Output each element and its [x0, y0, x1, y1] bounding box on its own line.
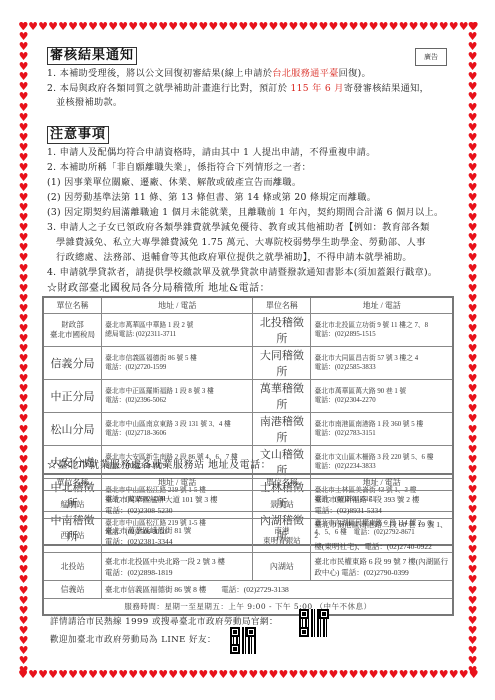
- heart-icon: ♥: [138, 670, 148, 681]
- heart-icon: ♥: [98, 670, 108, 681]
- unit-name: 中正分局: [43, 380, 102, 413]
- unit-address: 臺北市南港區南港路 1 段 360 號 5 樓電話：(02)2783-3151: [311, 413, 453, 446]
- heart-icon: ♥: [128, 670, 138, 681]
- heart-icon: ♥: [158, 670, 168, 681]
- address-text: 臺北市文山區木柵路 3 段 220 號 5、6 樓: [314, 453, 449, 462]
- heart-icon: ♥: [429, 22, 439, 33]
- service-platform-link[interactable]: 台北服務通平臺: [272, 68, 338, 79]
- address-text: 臺北市民權東路 6 段 99 號 7 樓(內湖區行: [314, 556, 449, 567]
- col-header-address: 地址 / 電話: [311, 297, 453, 314]
- heart-icon: ♥: [298, 22, 308, 33]
- col-header-address: 地址 / 電話: [102, 297, 253, 314]
- unit-address: 臺北市萬華區峨眉街 81 號電話：(02)2381-3344: [102, 519, 253, 553]
- address-text: 臺北市羅斯福路 6 段 393 號 2 樓: [314, 494, 449, 505]
- heart-icon: ♥: [228, 22, 238, 33]
- note-line: 學雜費減免、私立大專學雜費減免 1.75 萬元、大專院校弱勢學生助學金、勞動部、…: [56, 237, 426, 249]
- address-text: 臺北市萬華區艋舺大道 101 號 3 樓: [105, 494, 249, 505]
- address-text: 臺北市萬華區中華路 1 段 2 號: [105, 321, 249, 330]
- service-hours: 服務時間：星期一至星期五：上午 9:00 - 下午 5:00 （中午不休息）: [43, 599, 453, 616]
- heart-icon: ♥: [449, 22, 459, 33]
- heart-icon: ♥: [328, 22, 338, 33]
- heart-icon: ♥: [419, 22, 429, 33]
- phone-text: 電話：(02)2783-3151: [314, 429, 449, 438]
- review-item-2-continuation: 並核撥補助款。: [56, 97, 122, 109]
- unit-address: 臺北市萬華區艋舺大道 101 號 3 樓電話：(02)2308-5230: [102, 491, 253, 519]
- table-row: 信義站 臺北市信義區福德街 86 號 8 樓 電話：(02)2729-3138: [43, 581, 453, 599]
- unit-name: 大同稽徵所: [253, 347, 311, 380]
- notes-section-title: 注意事項: [47, 126, 109, 144]
- phone-text: 樓(東明社宅)、電話：(02)2740-0922: [314, 541, 449, 552]
- unit-address: 臺北市信義區福德街 86 號 5 樓電話：(02)2720-1599: [102, 347, 253, 380]
- heart-icon: ♥: [379, 670, 389, 681]
- heart-icon: ♥: [389, 22, 399, 33]
- heart-icon: ♥: [369, 670, 379, 681]
- note-line: 4. 申請就學貸款者，請提供學校繳款單及就學貸款申請暨撥款通知書影本(須加蓋銀行…: [47, 267, 437, 279]
- heart-icon: ♥: [298, 670, 308, 681]
- unit-name: 內湖站: [253, 553, 311, 581]
- table-row: 西門站臺北市萬華區峨眉街 81 號電話：(02)2381-3344南港東明青銀站…: [43, 519, 453, 553]
- col-header-address: 地址 / 電話: [102, 474, 253, 491]
- unit-name: 萬華稽徵所: [253, 380, 311, 413]
- heart-border-right: ♥♥♥♥♥♥♥♥♥♥♥♥♥♥♥♥♥♥♥♥♥♥♥♥♥♥♥♥♥♥♥♥♥♥♥♥♥♥♥♥…: [467, 22, 478, 676]
- heart-icon: ♥: [218, 670, 228, 681]
- line-friend-text: 歡迎加臺北市政府勞動局為 LINE 好友：: [50, 633, 216, 645]
- note-line: (1) 因事業單位關廠、遷廠、休業、解散或破產宣告而離職。: [47, 177, 301, 189]
- heart-icon: ♥: [449, 670, 459, 681]
- phone-text: 電話：(02)2718-3606: [105, 429, 249, 438]
- heart-icon: ♥: [248, 22, 258, 33]
- col-header-unit: 單位名稱: [253, 297, 311, 314]
- heart-icon: ♥: [218, 22, 228, 33]
- heart-icon: ♥: [429, 670, 439, 681]
- review-item-1-text: 1. 本補助受理後，將以公文回復初審結果(線上申請於: [47, 68, 272, 79]
- note-line: 行政總處、法務部、退輔會等其他政府單位提供之就學補助】，不得申請本就學補助。: [56, 252, 412, 264]
- unit-address: 臺北市大同區昌吉街 57 號 3 樓之 4電話：(02)2585-3833: [311, 347, 453, 380]
- heart-icon: ♥: [48, 22, 58, 33]
- website-qr-code-icon[interactable]: [299, 609, 329, 637]
- address-text: 臺北市大同區昌吉街 57 號 3 樓之 4: [314, 354, 449, 363]
- review-item-2-suffix: 寄發審核結果通知，: [344, 83, 429, 94]
- unit-address: 臺北市羅斯福路 6 段 393 號 2 樓電話：(02)8931-5334: [311, 491, 453, 519]
- unit-address: 臺北市信義區福德街 86 號 8 樓 電話：(02)2729-3138: [102, 581, 454, 599]
- unit-name: 北投站: [43, 553, 102, 581]
- note-line: 2. 本補助所稱「非自願離職失業」，係指符合下列情形之一者：: [47, 162, 311, 174]
- unit-name: 信義分局: [43, 347, 102, 380]
- heart-icon: ♥: [268, 22, 278, 33]
- table-row: 北投站臺北市北投區中央北路一段 2 號 3 樓電話：(02)2898-1819內…: [43, 553, 453, 581]
- heart-icon: ♥: [468, 666, 478, 676]
- phone-text: 電話：(02)2381-3344: [105, 536, 249, 547]
- unit-name: 松山分局: [43, 413, 102, 446]
- heart-icon: ♥: [88, 670, 98, 681]
- note-line: (2) 因勞動基準法第 11 條、第 13 條但書、第 14 條或第 20 條規…: [47, 192, 376, 204]
- heart-icon: ♥: [98, 22, 108, 33]
- heart-icon: ♥: [399, 670, 409, 681]
- heart-icon: ♥: [178, 22, 188, 33]
- tax-table-caption: ☆財政部臺北國稅局各分局稽徵所 地址&電話：: [47, 282, 270, 295]
- heart-icon: ♥: [288, 670, 298, 681]
- heart-border-left: ♥♥♥♥♥♥♥♥♥♥♥♥♥♥♥♥♥♥♥♥♥♥♥♥♥♥♥♥♥♥♥♥♥♥♥♥♥♥♥♥…: [18, 22, 29, 676]
- review-item-2: 2. 本局與政府各類同質之就學補助計畫進行比對，預訂於 115 年 6 月寄發審…: [47, 83, 429, 95]
- table-header-row: 單位名稱 地址 / 電話 單位名稱 地址 / 電話: [43, 297, 453, 314]
- phone-text: 電話：(02)2308-5230: [105, 505, 249, 516]
- table-row: 松山分局臺北市中山區南京東路 3 段 131 號 3、4 樓電話：(02)271…: [43, 413, 453, 446]
- heart-icon: ♥: [409, 22, 419, 33]
- heart-icon: ♥: [148, 22, 158, 33]
- table-row: 艋舺站臺北市萬華區艋舺大道 101 號 3 樓電話：(02)2308-5230景…: [43, 491, 453, 519]
- heart-icon: ♥: [68, 670, 78, 681]
- employment-table-caption: ☆臺北市就業服務處各就業服務站 地址及電話：: [47, 459, 271, 472]
- table-row: 財政部臺北市國稅局臺北市萬華區中華路 1 段 2 號總局電話: (02)2311…: [43, 314, 453, 347]
- line-qr-code-icon[interactable]: [230, 627, 256, 654]
- heart-icon: ♥: [78, 22, 88, 33]
- heart-icon: ♥: [369, 22, 379, 33]
- heart-icon: ♥: [339, 670, 349, 681]
- table-row: 信義分局臺北市信義區福德街 86 號 5 樓電話：(02)2720-1599大同…: [43, 347, 453, 380]
- heart-icon: ♥: [88, 22, 98, 33]
- phone-text: 電話：(02)2585-3833: [314, 363, 449, 372]
- heart-icon: ♥: [188, 670, 198, 681]
- employment-station-table: 單位名稱 地址 / 電話 單位名稱 地址 / 電話 艋舺站臺北市萬華區艋舺大道 …: [42, 473, 454, 616]
- note-line: 1. 申請人及配偶均符合申請資格時，請由其中 1 人提出申請，不得重複申請。: [47, 147, 376, 159]
- col-header-unit: 單位名稱: [253, 474, 311, 491]
- heart-icon: ♥: [48, 670, 58, 681]
- phone-text: 電話：(02)2720-1599: [105, 363, 249, 372]
- heart-icon: ♥: [198, 670, 208, 681]
- address-text: 臺北市北投區中央北路一段 2 號 3 樓: [105, 556, 249, 567]
- hours-row: 服務時間：星期一至星期五：上午 9:00 - 下午 5:00 （中午不休息）: [43, 599, 453, 616]
- heart-border-bottom: ♥♥♥♥♥♥♥♥♥♥♥♥♥♥♥♥♥♥♥♥♥♥♥♥♥♥♥♥♥♥♥♥♥♥♥♥♥♥♥♥…: [18, 670, 479, 681]
- address-text: 臺北市中正區羅斯福路 1 段 8 號 3 樓: [105, 387, 249, 396]
- heart-icon: ♥: [359, 22, 369, 33]
- heart-icon: ♥: [379, 22, 389, 33]
- address-text: 臺北市南港區南港路 1 段 360 號 5 樓: [314, 420, 449, 429]
- notify-date-highlight: 115 年 6 月: [291, 83, 344, 94]
- ad-badge: 廣告: [415, 48, 447, 66]
- unit-address: 臺北市中山區南京東路 3 段 131 號 3、4 樓電話：(02)2718-36…: [102, 413, 253, 446]
- heart-icon: ♥: [278, 670, 288, 681]
- phone-text: 電話：(02)2898-1819: [105, 567, 249, 578]
- heart-icon: ♥: [38, 22, 48, 33]
- phone-text: 電話：(02)8931-5334: [314, 505, 449, 516]
- heart-icon: ♥: [238, 670, 248, 681]
- unit-name: 南港稽徵所: [253, 413, 311, 446]
- unit-name: 北投稽徵所: [253, 314, 311, 347]
- heart-icon: ♥: [248, 670, 258, 681]
- heart-icon: ♥: [439, 670, 449, 681]
- heart-icon: ♥: [228, 670, 238, 681]
- heart-icon: ♥: [118, 22, 128, 33]
- hotline-text: 詳情請洽市民熱線 1999 或搜尋臺北市政府勞動局官網：: [50, 615, 278, 627]
- address-text: 臺北市萬華區峨眉街 81 號: [105, 525, 249, 536]
- address-text: 臺北市信義區福德街 86 號 5 樓: [105, 354, 249, 363]
- heart-border-top: ♥♥♥♥♥♥♥♥♥♥♥♥♥♥♥♥♥♥♥♥♥♥♥♥♥♥♥♥♥♥♥♥♥♥♥♥♥♥♥♥…: [18, 22, 479, 33]
- heart-icon: ♥: [198, 22, 208, 33]
- heart-icon: ♥: [38, 670, 48, 681]
- heart-icon: ♥: [258, 22, 268, 33]
- heart-icon: ♥: [399, 22, 409, 33]
- heart-icon: ♥: [278, 22, 288, 33]
- heart-icon: ♥: [128, 22, 138, 33]
- table-header-row: 單位名稱 地址 / 電話 單位名稱 地址 / 電話: [43, 474, 453, 491]
- heart-icon: ♥: [389, 670, 399, 681]
- heart-icon: ♥: [419, 670, 429, 681]
- unit-name: 信義站: [43, 581, 102, 599]
- heart-icon: ♥: [188, 22, 198, 33]
- heart-icon: ♥: [178, 670, 188, 681]
- unit-address: 臺北市北投區立功街 9 號 11 樓之 7、8電話：(02)2895-1515: [311, 314, 453, 347]
- heart-icon: ♥: [318, 670, 328, 681]
- heart-icon: ♥: [28, 22, 38, 33]
- unit-address: 臺北市民權東路 6 段 99 號 7 樓(內湖區行政中心) 電話：(02)279…: [311, 553, 453, 581]
- heart-icon: ♥: [339, 22, 349, 33]
- heart-icon: ♥: [328, 670, 338, 681]
- heart-icon: ♥: [409, 670, 419, 681]
- heart-icon: ♥: [208, 22, 218, 33]
- note-line: (3) 因定期契約屆滿離職逾 1 個月未能就業，且離職前 1 年內，契約期間合計…: [47, 207, 443, 219]
- review-section-title: 審核結果通知: [47, 47, 137, 65]
- heart-icon: ♥: [108, 670, 118, 681]
- col-header-unit: 單位名稱: [43, 474, 102, 491]
- unit-name: 景美站: [253, 491, 311, 519]
- unit-address: 臺北市北投區中央北路一段 2 號 3 樓電話：(02)2898-1819: [102, 553, 253, 581]
- heart-icon: ♥: [238, 22, 248, 33]
- heart-icon: ♥: [318, 22, 328, 33]
- heart-icon: ♥: [168, 22, 178, 33]
- phone-text: 電話：(02)2895-1515: [314, 330, 449, 339]
- heart-icon: ♥: [168, 670, 178, 681]
- heart-icon: ♥: [349, 22, 359, 33]
- note-line: 3. 申請人之子女已領政府各類學雜費就學減免優待、教育或其他補助者【例如：教育部…: [47, 222, 430, 234]
- phone-text: 政中心) 電話：(02)2790-0399: [314, 567, 449, 578]
- review-item-1: 1. 本補助受理後，將以公文回復初審結果(線上申請於台北服務通平臺回復)。: [47, 68, 371, 80]
- heart-icon: ♥: [258, 670, 268, 681]
- heart-icon: ♥: [28, 670, 38, 681]
- heart-icon: ♥: [78, 670, 88, 681]
- unit-address: 臺北市萬華區萬大路 90 巷 1 號電話：(02)2304-2270: [311, 380, 453, 413]
- heart-icon: ♥: [58, 22, 68, 33]
- heart-icon: ♥: [308, 22, 318, 33]
- address-text: 臺北市南港區南港路二段 60 巷 19 號 1、2: [314, 519, 449, 541]
- heart-icon: ♥: [118, 670, 128, 681]
- heart-icon: ♥: [138, 22, 148, 33]
- heart-icon: ♥: [58, 670, 68, 681]
- review-item-2-text: 2. 本局與政府各類同質之就學補助計畫進行比對，預訂於: [47, 83, 291, 94]
- phone-text: 電話：(02)2234-3833: [314, 462, 449, 471]
- heart-icon: ♥: [308, 670, 318, 681]
- unit-name: 財政部臺北市國稅局: [43, 314, 102, 347]
- heart-icon: ♥: [148, 670, 158, 681]
- unit-address: 臺北市中正區羅斯福路 1 段 8 號 3 樓電話：(02)2396-5062: [102, 380, 253, 413]
- heart-icon: ♥: [349, 670, 359, 681]
- heart-icon: ♥: [268, 670, 278, 681]
- unit-name: 艋舺站: [43, 491, 102, 519]
- col-header-unit: 單位名稱: [43, 297, 102, 314]
- col-header-address: 地址 / 電話: [311, 474, 453, 491]
- unit-address: 臺北市萬華區中華路 1 段 2 號總局電話: (02)2311-3711: [102, 314, 253, 347]
- heart-icon: ♥: [158, 22, 168, 33]
- address-text: 臺北市北投區立功街 9 號 11 樓之 7、8: [314, 321, 449, 330]
- phone-text: 電話：(02)2396-5062: [105, 396, 249, 405]
- unit-name: 南港東明青銀站: [253, 519, 311, 553]
- heart-icon: ♥: [359, 670, 369, 681]
- heart-icon: ♥: [208, 670, 218, 681]
- address-text: 臺北市中山區南京東路 3 段 131 號 3、4 樓: [105, 420, 249, 429]
- heart-icon: ♥: [108, 22, 118, 33]
- heart-icon: ♥: [68, 22, 78, 33]
- phone-text: 電話：(02)2304-2270: [314, 396, 449, 405]
- heart-icon: ♥: [19, 666, 29, 676]
- heart-icon: ♥: [288, 22, 298, 33]
- heart-icon: ♥: [439, 22, 449, 33]
- phone-text: 總局電話: (02)2311-3711: [105, 330, 249, 339]
- unit-address: 臺北市南港區南港路二段 60 巷 19 號 1、2樓(東明社宅)、電話：(02)…: [311, 519, 453, 553]
- address-text: 臺北市萬華區萬大路 90 巷 1 號: [314, 387, 449, 396]
- table-row: 中正分局臺北市中正區羅斯福路 1 段 8 號 3 樓電話：(02)2396-50…: [43, 380, 453, 413]
- review-item-1-suffix: 回復)。: [339, 68, 371, 79]
- unit-name: 西門站: [43, 519, 102, 553]
